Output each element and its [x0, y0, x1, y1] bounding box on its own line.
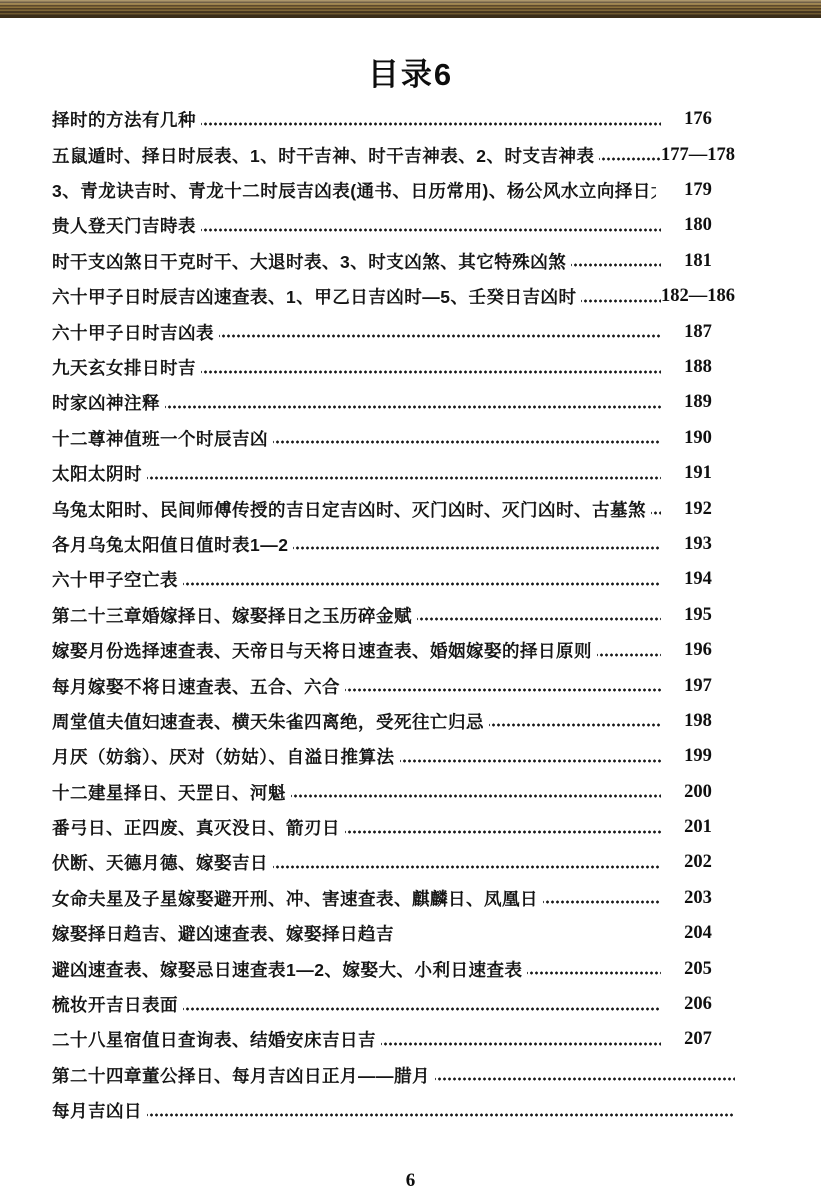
toc-entry-title: 时家凶神注释: [52, 390, 160, 415]
dot-leader: [201, 102, 661, 137]
dot-leader: [435, 1058, 735, 1093]
toc-entry-title: 乌兔太阳时、民间师傅传授的吉日定吉凶时、灭门凶时、灭门凶时、古墓煞: [52, 497, 646, 522]
toc-entry[interactable]: 月厌（妨翁）、厌对（妨姑）、自溢日推算法 199: [52, 739, 735, 774]
toc-entry-title: 月厌（妨翁）、厌对（妨姑）、自溢日推算法: [52, 744, 395, 769]
toc-entry[interactable]: 五鼠遁时、择日时辰表、1、时干吉神、时干吉神表、2、时支吉神表 177—178: [52, 137, 735, 172]
toc-entry-title: 十二建星择日、天罡日、河魁: [52, 780, 286, 805]
toc-entry-page: 199: [661, 746, 735, 767]
dot-leader: [183, 562, 661, 597]
toc-entry-title: 3、青龙诀吉时、青龙十二时辰吉凶表(通书、日历常用)、杨公风水立向择日大吉时: [52, 178, 656, 203]
dot-leader: [571, 244, 661, 279]
dot-leader: [147, 1093, 735, 1128]
toc-entry-page: 205: [661, 959, 735, 980]
toc-entry-title: 时干支凶煞日干克时干、大退时表、3、时支凶煞、其它特殊凶煞: [52, 249, 566, 274]
toc-entry-page: 196: [661, 640, 735, 661]
toc-entry-page: 177—178: [661, 145, 735, 166]
toc-entry-title: 太阳太阴时: [52, 461, 142, 486]
toc-entry-page: 194: [661, 569, 735, 590]
dot-leader: [527, 951, 661, 986]
toc-entry-page: 201: [661, 817, 735, 838]
dot-leader: [651, 491, 661, 526]
dot-leader: [599, 137, 661, 172]
toc-entry[interactable]: 六十甲子空亡表 194: [52, 562, 735, 597]
toc-entry[interactable]: 伏断、天德月德、嫁娶吉日 202: [52, 845, 735, 880]
footer-page-number: 6: [0, 1170, 821, 1192]
toc-entry-title: 梳妆开吉日表面: [52, 992, 178, 1017]
dot-leader: [417, 598, 661, 633]
dot-leader: [581, 279, 661, 314]
toc-entry[interactable]: 梳妆开吉日表面 206: [52, 987, 735, 1022]
toc-entry-page: 190: [661, 428, 735, 449]
toc-entry[interactable]: 择时的方法有几种 176: [52, 102, 735, 137]
toc-entry-page: 188: [661, 357, 735, 378]
toc-entry[interactable]: 避凶速查表、嫁娶忌日速查表1—2、嫁娶大、小利日速查表 205: [52, 951, 735, 986]
toc-entry-page: 192: [661, 499, 735, 520]
dot-leader: [273, 421, 661, 456]
toc-entry-title: 六十甲子日时辰吉凶速查表、1、甲乙日吉凶时—5、壬癸日吉凶时: [52, 284, 576, 309]
toc-entry-page: 179: [661, 180, 735, 201]
toc-entry[interactable]: 二十八星宿值日查询表、结婚安床吉日吉 207: [52, 1022, 735, 1057]
toc-entry[interactable]: 各月乌兔太阳值日值时表1—2 193: [52, 527, 735, 562]
dot-leader: [201, 350, 661, 385]
toc-entry[interactable]: 第二十四章董公择日、每月吉凶日正月——腊月: [52, 1058, 735, 1093]
dot-leader: [489, 704, 661, 739]
toc-entry-page: 200: [661, 782, 735, 803]
toc-entry-title: 六十甲子日时吉凶表: [52, 320, 214, 345]
toc-entry-page: 187: [661, 322, 735, 343]
dot-leader: [345, 668, 661, 703]
toc-entry-title: 五鼠遁时、择日时辰表、1、时干吉神、时干吉神表、2、时支吉神表: [52, 143, 594, 168]
toc-entry[interactable]: 时干支凶煞日干克时干、大退时表、3、时支凶煞、其它特殊凶煞 181: [52, 244, 735, 279]
toc-page: 目录6 择时的方法有几种 176 五鼠遁时、择日时辰表、1、时干吉神、时干吉神表…: [0, 0, 821, 1200]
toc-entry-title: 避凶速查表、嫁娶忌日速查表1—2、嫁娶大、小利日速查表: [52, 957, 522, 982]
toc-entry-page: 203: [661, 888, 735, 909]
toc-entry-page: 182—186: [661, 286, 735, 307]
dot-leader: [165, 385, 661, 420]
toc-entry-title: 六十甲子空亡表: [52, 567, 178, 592]
toc-entry[interactable]: 每月嫁娶不将日速查表、五合、六合 197: [52, 668, 735, 703]
toc-list: 择时的方法有几种 176 五鼠遁时、择日时辰表、1、时干吉神、时干吉神表、2、时…: [0, 102, 821, 1128]
toc-entry-page: 206: [661, 994, 735, 1015]
dot-leader: [399, 916, 661, 951]
toc-entry[interactable]: 女命夫星及子星嫁娶避开刑、冲、害速查表、麒麟日、凤凰日 203: [52, 881, 735, 916]
toc-entry-page: 195: [661, 605, 735, 626]
dot-leader: [291, 775, 661, 810]
dot-leader: [273, 845, 661, 880]
toc-entry-page: 202: [661, 852, 735, 873]
toc-entry-title: 九天玄女排日时吉: [52, 355, 196, 380]
toc-entry-title: 第二十四章董公择日、每月吉凶日正月——腊月: [52, 1063, 430, 1088]
toc-entry[interactable]: 每月吉凶日: [52, 1093, 735, 1128]
toc-entry-page: 198: [661, 711, 735, 732]
toc-entry[interactable]: 嫁娶择日趋吉、避凶速查表、嫁娶择日趋吉 204: [52, 916, 735, 951]
toc-entry[interactable]: 太阳太阴时 191: [52, 456, 735, 491]
dot-leader: [293, 527, 661, 562]
toc-entry[interactable]: 六十甲子日时辰吉凶速查表、1、甲乙日吉凶时—5、壬癸日吉凶时 182—186: [52, 279, 735, 314]
toc-entry[interactable]: 周堂值夫值妇速查表、横天朱雀四离绝，受死往亡归忌 198: [52, 704, 735, 739]
toc-entry-title: 贵人登天门吉時表: [52, 213, 196, 238]
dot-leader: [183, 987, 661, 1022]
toc-entry[interactable]: 第二十三章婚嫁择日、嫁娶择日之玉历碎金赋 195: [52, 598, 735, 633]
toc-entry-page: 207: [661, 1029, 735, 1050]
toc-entry-page: 189: [661, 392, 735, 413]
toc-entry-title: 周堂值夫值妇速查表、横天朱雀四离绝，受死往亡归忌: [52, 709, 484, 734]
toc-entry-page: 191: [661, 463, 735, 484]
dot-leader: [219, 314, 661, 349]
toc-entry-title: 第二十三章婚嫁择日、嫁娶择日之玉历碎金赋: [52, 603, 412, 628]
toc-entry-page: 180: [661, 215, 735, 236]
toc-entry[interactable]: 乌兔太阳时、民间师傅传授的吉日定吉凶时、灭门凶时、灭门凶时、古墓煞 192: [52, 491, 735, 526]
toc-entry-title: 嫁娶月份选择速查表、天帝日与天将日速查表、婚姻嫁娶的择日原则: [52, 638, 592, 663]
dot-leader: [201, 208, 661, 243]
toc-entry-title: 二十八星宿值日查询表、结婚安床吉日吉: [52, 1027, 376, 1052]
toc-entry-page: 197: [661, 676, 735, 697]
toc-entry[interactable]: 贵人登天门吉時表 180: [52, 208, 735, 243]
decorative-top-border: [0, 0, 821, 18]
toc-entry-title: 女命夫星及子星嫁娶避开刑、冲、害速查表、麒麟日、凤凰日: [52, 886, 538, 911]
dot-leader: [147, 456, 661, 491]
toc-entry-page: 204: [661, 923, 735, 944]
toc-entry-title: 择时的方法有几种: [52, 107, 196, 132]
toc-entry-title: 十二尊神值班一个时辰吉凶: [52, 426, 268, 451]
toc-entry-title: 番弓日、正四废、真灭没日、箭刃日: [52, 815, 340, 840]
toc-entry-title: 每月吉凶日: [52, 1098, 142, 1123]
toc-entry-page: 181: [661, 251, 735, 272]
dot-leader: [381, 1022, 661, 1057]
toc-entry-page: 193: [661, 534, 735, 555]
dot-leader: [543, 881, 661, 916]
toc-entry-title: 每月嫁娶不将日速查表、五合、六合: [52, 674, 340, 699]
toc-entry-title: 各月乌兔太阳值日值时表1—2: [52, 532, 288, 557]
toc-entry-title: 嫁娶择日趋吉、避凶速查表、嫁娶择日趋吉: [52, 921, 394, 946]
page-title: 目录6: [0, 58, 821, 92]
toc-entry[interactable]: 3、青龙诀吉时、青龙十二时辰吉凶表(通书、日历常用)、杨公风水立向择日大吉时 1…: [52, 173, 735, 208]
toc-entry-title: 伏断、天德月德、嫁娶吉日: [52, 850, 268, 875]
toc-entry[interactable]: 九天玄女排日时吉 188: [52, 350, 735, 385]
toc-entry[interactable]: 十二建星择日、天罡日、河魁 200: [52, 775, 735, 810]
toc-entry-page: 176: [661, 109, 735, 130]
toc-entry[interactable]: 十二尊神值班一个时辰吉凶 190: [52, 421, 735, 456]
toc-entry[interactable]: 六十甲子日时吉凶表 187: [52, 314, 735, 349]
dot-leader: [400, 739, 662, 774]
toc-entry[interactable]: 番弓日、正四废、真灭没日、箭刃日 201: [52, 810, 735, 845]
toc-entry[interactable]: 时家凶神注释 189: [52, 385, 735, 420]
dot-leader: [597, 633, 661, 668]
toc-entry[interactable]: 嫁娶月份选择速查表、天帝日与天将日速查表、婚姻嫁娶的择日原则 196: [52, 633, 735, 668]
dot-leader: [345, 810, 661, 845]
